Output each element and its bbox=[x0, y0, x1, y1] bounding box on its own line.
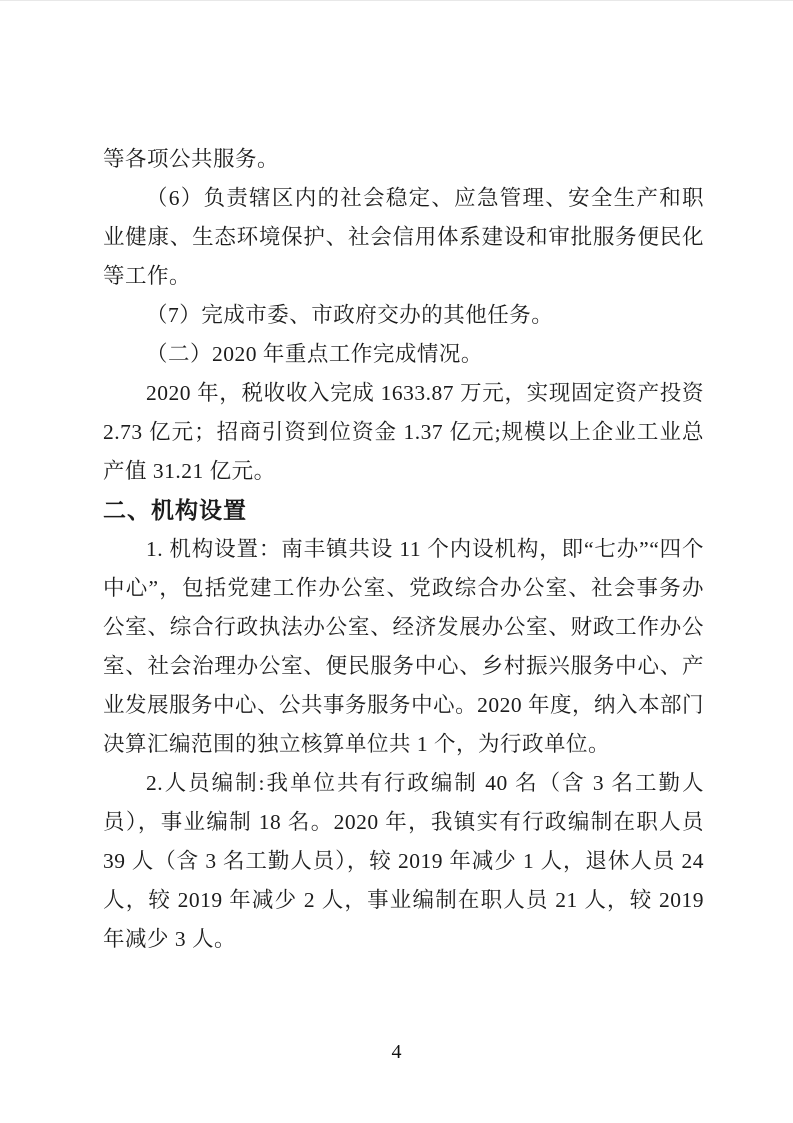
document-page: 等各项公共服务。 （6）负责辖区内的社会稳定、应急管理、安全生产和职业健康、生态… bbox=[0, 0, 793, 1123]
paragraph-staffing: 2.人员编制:我单位共有行政编制 40 名（含 3 名工勤人员），事业编制 18… bbox=[103, 764, 704, 959]
paragraph-public-services-continuation: 等各项公共服务。 bbox=[103, 140, 704, 179]
paragraph-organization-setup: 1. 机构设置：南丰镇共设 11 个内设机构，即“七办”“四个中心”，包括党建工… bbox=[103, 530, 704, 764]
section-heading-organization-setup: 二、机构设置 bbox=[103, 491, 704, 530]
paragraph-2020-results: 2020 年，税收收入完成 1633.87 万元，实现固定资产投资 2.73 亿… bbox=[103, 374, 704, 491]
document-body: 等各项公共服务。 （6）负责辖区内的社会稳定、应急管理、安全生产和职业健康、生态… bbox=[103, 140, 704, 959]
page-number: 4 bbox=[392, 1041, 402, 1063]
paragraph-duty-6: （6）负责辖区内的社会稳定、应急管理、安全生产和职业健康、生态环境保护、社会信用… bbox=[103, 179, 704, 296]
paragraph-duty-7: （7）完成市委、市政府交办的其他任务。 bbox=[103, 296, 704, 335]
page-footer: 4 bbox=[0, 1037, 793, 1067]
subsection-heading-2020-key-work: （二）2020 年重点工作完成情况。 bbox=[103, 335, 704, 374]
